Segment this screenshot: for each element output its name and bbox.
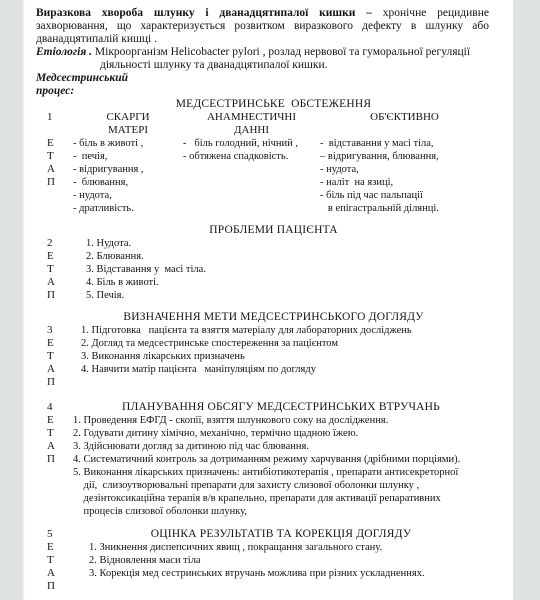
evaluation-body: Е Т А П 1. Зникнення диспепсичних явищ ,…: [36, 541, 489, 593]
stage-digit: 2: [47, 237, 73, 250]
list-item: 4. Біль в животі.: [86, 276, 489, 289]
evaluation-header-row: 5 ОЦІНКА РЕЗУЛЬТАТІВ ТА КОРЕКЦІЯ ДОГЛЯДУ: [36, 528, 489, 541]
section-evaluation-header: ОЦІНКА РЕЗУЛЬТАТІВ ТА КОРЕКЦІЯ ДОГЛЯДУ: [73, 528, 489, 541]
stage-letter: П: [47, 453, 73, 466]
stage-letter: Т: [47, 350, 73, 363]
list-item: - відставання у масі тіла,: [320, 137, 489, 150]
stage-digit: 4: [47, 401, 73, 414]
list-item: 3. Здійснювати догляд за дитиною під час…: [73, 440, 489, 453]
problems-list: 1. Нудота. 2. Блювання. 3. Відставання у…: [73, 237, 489, 302]
stage-letter: П: [47, 376, 73, 389]
planning-body: Е Т А П 1. Проведення ЕФГД - скопії, взя…: [36, 414, 489, 518]
list-item: - обтяжена спадковість.: [183, 150, 320, 163]
stage-letter: А: [47, 363, 73, 376]
planning-header-row: 4 ПЛАНУВАННЯ ОБСЯГУ МЕДСЕСТРИНСЬКИХ ВТРУ…: [36, 401, 489, 414]
list-item: - нудота,: [73, 189, 183, 202]
process-label-line2: процес:: [36, 85, 489, 98]
examination-table: 1 Е Т А П СКАРГИ МАТЕРІ - біль в животі …: [36, 111, 489, 215]
list-item: - біль під час пальпації: [320, 189, 489, 202]
stage-letter: Е: [47, 137, 73, 150]
list-item: - біль в животі ,: [73, 137, 183, 150]
section-planning-header: ПЛАНУВАННЯ ОБСЯГУ МЕДСЕСТРИНСЬКИХ ВТРУЧА…: [73, 401, 489, 414]
process-label-line1: Медсестринський: [36, 72, 489, 85]
objective-header: ОБ'ЄКТИВНО: [320, 111, 489, 124]
stage-letter: Е: [47, 414, 73, 427]
stage-column-5-letters: Е Т А П: [36, 541, 73, 593]
list-item: - печія,: [73, 150, 183, 163]
stage-letter: А: [47, 163, 73, 176]
spacer-line: [81, 376, 489, 389]
list-item: - дратливість.: [73, 202, 183, 215]
stage-column-5: 5: [36, 528, 73, 541]
list-item: 5. Печія.: [86, 289, 489, 302]
list-item: 2. Відновлення маси тіла: [89, 554, 489, 567]
stage-letter: А: [47, 440, 73, 453]
list-item: в епігастральній ділянці.: [320, 202, 489, 215]
document-page: Виразкова хвороба шлунку і дванадцятипал…: [23, 0, 513, 600]
goals-body: 3 Е Т А П 1. Підготовка пацієнта та взят…: [36, 324, 489, 389]
list-item: - нудота,: [320, 163, 489, 176]
list-item: - біль голодний, нічний ,: [183, 137, 320, 150]
list-item: - відригування ,: [73, 163, 183, 176]
stage-letter: А: [47, 567, 73, 580]
evaluation-list: 1. Зникнення диспепсичних явищ , покраща…: [73, 541, 489, 593]
stage-column-3: 3 Е Т А П: [36, 324, 73, 389]
section-examination-header: МЕДСЕСТРИНСЬКЕ ОБСТЕЖЕННЯ: [36, 98, 489, 111]
goals-list: 1. Підготовка пацієнта та взяття матеріа…: [73, 324, 489, 389]
list-item: 2. Блювання.: [86, 250, 489, 263]
section-evaluation: 5 ОЦІНКА РЕЗУЛЬТАТІВ ТА КОРЕКЦІЯ ДОГЛЯДУ…: [36, 528, 489, 593]
section-problems: ПРОБЛЕМИ ПАЦІЄНТА 2 Е Т А П 1. Нудота. 2…: [36, 224, 489, 302]
stage-letter: Т: [47, 150, 73, 163]
problems-body: 2 Е Т А П 1. Нудота. 2. Блювання. 3. Від…: [36, 237, 489, 302]
list-item-continuation: процесів слизової оболонки шлунку,: [73, 505, 489, 518]
stage-digit: 1: [47, 111, 73, 124]
stage-letter: Т: [47, 263, 73, 276]
list-item: 1. Зникнення диспепсичних явищ , покраща…: [89, 541, 489, 554]
list-item: 1. Проведення ЕФГД - скопії, взяття шлун…: [73, 414, 489, 427]
stage-letter: П: [47, 289, 73, 302]
list-item: – відригування, блювання,: [320, 150, 489, 163]
anamnestic-column: АНАМНЕСТИЧНІ ДАННІ - біль голодний, нічн…: [183, 111, 320, 215]
list-item: 1. Підготовка пацієнта та взяття матеріа…: [81, 324, 489, 337]
section-planning: 4 ПЛАНУВАННЯ ОБСЯГУ МЕДСЕСТРИНСЬКИХ ВТРУ…: [36, 401, 489, 518]
list-item: 2. Годувати дитину хімічно, механічно, т…: [73, 427, 489, 440]
complaints-header-line1: СКАРГИ: [73, 111, 183, 124]
intro-title-line1: Виразкова хвороба шлунку і дванадцятипал…: [36, 7, 489, 20]
stage-letter: Т: [47, 427, 73, 440]
complaints-header-line2: МАТЕРІ: [73, 124, 183, 137]
list-item-continuation: дезінтоксикаційна терапія в/в крапельно,…: [73, 492, 489, 505]
intro-paragraph: Виразкова хвороба шлунку і дванадцятипал…: [36, 7, 489, 98]
intro-title-line3: дванадцятипалій кишці .: [36, 33, 489, 46]
list-item: 1. Нудота.: [86, 237, 489, 250]
section-examination: МЕДСЕСТРИНСЬКЕ ОБСТЕЖЕННЯ 1 Е Т А П СКАР…: [36, 98, 489, 215]
list-item: 3. Виконання лікарських призначень: [81, 350, 489, 363]
list-item: 4. Систематичний контроль за дотриманням…: [73, 453, 489, 466]
anamnestic-header-line2: ДАННІ: [183, 124, 320, 137]
stage-letter: Е: [47, 541, 73, 554]
list-item: - наліт на язиці,: [320, 176, 489, 189]
planning-list: 1. Проведення ЕФГД - скопії, взяття шлун…: [73, 414, 489, 518]
complaints-column: СКАРГИ МАТЕРІ - біль в животі , - печія,…: [73, 111, 183, 215]
stage-letter: А: [47, 276, 73, 289]
list-item: 4. Навчити матір пацієнта маніпуляціям п…: [81, 363, 489, 376]
etiology-line2: діяльності шлунку та дванадцятипалої киш…: [36, 59, 489, 72]
etiology-line1: Етіологія . Мікроорганізм Helicobacter p…: [36, 46, 489, 59]
stage-letter: Т: [47, 554, 73, 567]
stage-letter: Е: [47, 250, 73, 263]
section-goals-header: ВИЗНАЧЕННЯ МЕТИ МЕДСЕСТРИНСЬКОГО ДОГЛЯДУ: [36, 311, 489, 324]
anamnestic-header-line1: АНАМНЕСТИЧНІ: [183, 111, 320, 124]
stage-letter: Е: [47, 337, 73, 350]
stage-column-2: 2 Е Т А П: [36, 237, 73, 302]
spacer-line: [89, 580, 489, 593]
section-problems-header: ПРОБЛЕМИ ПАЦІЄНТА: [36, 224, 489, 237]
list-item-continuation: дії, слизоутворювальні препарати для зах…: [73, 479, 489, 492]
section-goals: ВИЗНАЧЕННЯ МЕТИ МЕДСЕСТРИНСЬКОГО ДОГЛЯДУ…: [36, 311, 489, 389]
list-item: - блювання,: [73, 176, 183, 189]
stage-column-4: 4: [36, 401, 73, 414]
stage-letter: П: [47, 580, 73, 593]
list-item: 3. Відставання у масі тіла.: [86, 263, 489, 276]
intro-title-line1-rest: хронічне рецидивне: [383, 7, 489, 19]
stage-spacer: [47, 124, 73, 137]
document-title: Виразкова хвороба шлунку і дванадцятипал…: [36, 7, 372, 19]
stage-letter: П: [47, 176, 73, 189]
spacer-line: [320, 124, 489, 137]
etiology-label: Етіологія .: [36, 46, 92, 58]
stage-column-4-letters: Е Т А П: [36, 414, 73, 518]
stage-digit: 5: [47, 528, 73, 541]
stage-column-1: 1 Е Т А П: [36, 111, 73, 215]
etiology-text: Мікроорганізм Helicobacter pylori , розл…: [95, 46, 470, 58]
intro-title-line2: захворювання, що характеризується розвит…: [36, 20, 489, 33]
list-item: 2. Догляд та медсестринське спостереженн…: [81, 337, 489, 350]
list-item: 5. Виконання лікарських призначень: анти…: [73, 466, 489, 479]
stage-digit: 3: [47, 324, 73, 337]
objective-column: ОБ'ЄКТИВНО - відставання у масі тіла, – …: [320, 111, 489, 215]
list-item: 3. Корекція мед сестринських втручань мо…: [89, 567, 489, 580]
